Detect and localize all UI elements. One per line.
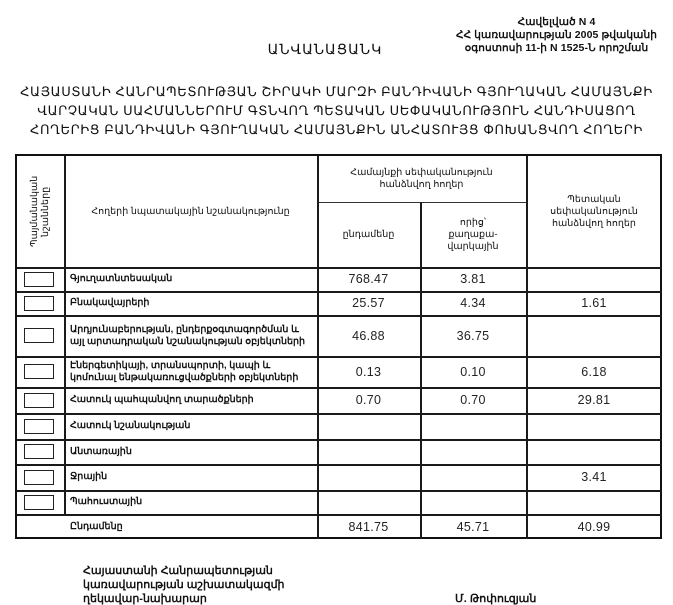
appendix-line-3: օգոստոսի 11-ի N 1525-Ն որոշման (440, 42, 673, 55)
header-code: Պայմանական նշանները (17, 156, 62, 267)
totals-state: 40.99 (526, 514, 662, 539)
row-including: 4.34 (420, 291, 526, 315)
row-total (317, 439, 420, 464)
row-purpose: Արդյունաբերության, ընդերքօգտագործման և ա… (66, 315, 315, 356)
row-state (526, 413, 662, 439)
legend-symbol-box (24, 296, 54, 311)
grid-line (17, 413, 662, 415)
legend-symbol-box (24, 328, 54, 343)
row-purpose: Գյուղատնտեսական (66, 267, 315, 291)
row-total: 0.70 (317, 387, 420, 413)
row-total (317, 464, 420, 490)
header-including: որից՝ քաղաքա-վարկային (420, 202, 526, 267)
row-total (317, 413, 420, 439)
row-including: 0.10 (420, 356, 526, 387)
row-including (420, 439, 526, 464)
grid-line (17, 387, 662, 389)
signatory-title-line-1: Հայաստանի Հանրապետության (83, 564, 285, 578)
legend-symbol-box (24, 272, 54, 287)
land-table: Պայմանական նշանները Հողերի նպատակային նշ… (15, 154, 662, 539)
row-purpose: Հատուկ նշանակության (66, 413, 315, 439)
signatory-title-line-3: ղեկավար-նախարար (83, 592, 285, 605)
legend-symbol-box (24, 444, 54, 459)
signatory-title-line-2: կառավարության աշխատակազմի (83, 578, 285, 592)
row-state (526, 315, 662, 356)
legend-symbol-box (24, 393, 54, 408)
row-state (526, 490, 662, 514)
document-heading: ՀԱՅԱՍՏԱՆԻ ՀԱՆՐԱՊԵՏՈՒԹՅԱՆ ՇԻՐԱԿԻ ՄԱՐԶԻ ԲԱ… (0, 82, 673, 139)
row-purpose: Բնակավայրերի (66, 291, 315, 315)
totals-total: 841.75 (317, 514, 420, 539)
row-state: 1.61 (526, 291, 662, 315)
totals-including: 45.71 (420, 514, 526, 539)
header-community-group: Համայնքի սեփականություն հանձնվող հողեր (317, 156, 526, 202)
row-including: 3.81 (420, 267, 526, 291)
row-total (317, 490, 420, 514)
row-purpose: Էներգետիկայի, տրանսպորտի, կապի և կոմունա… (66, 356, 315, 387)
appendix-line-1: Հավելված N 4 (440, 16, 673, 29)
row-total: 768.47 (317, 267, 420, 291)
signatory-name: Մ. Թոփուզյան (455, 592, 536, 605)
heading-line-2: ՎԱՐՉԱԿԱՆ ՍԱՀՄԱՆՆԵՐՈՒՄ ԳՏՆՎՈՂ ՊԵՏԱԿԱՆ ՍԵՓ… (0, 101, 673, 120)
row-purpose: Անտառային (66, 439, 315, 464)
row-state: 29.81 (526, 387, 662, 413)
row-purpose: Պահուստային (66, 490, 315, 514)
grid-line (17, 464, 662, 466)
heading-line-3: ՀՈՂԵՐԻՑ ԲԱՆԴԻՎԱՆԻ ԳՅՈՒՂԱԿԱՆ ՀԱՄԱՅՆՔԻՆ ԱՆ… (0, 120, 673, 139)
appendix-reference: Հավելված N 4 ՀՀ կառավարության 2005 թվակա… (440, 16, 673, 55)
grid-line (64, 156, 66, 514)
appendix-line-2: ՀՀ կառավարության 2005 թվականի (440, 29, 673, 42)
header-state: Պետական սեփականություն հանձնվող հողեր (526, 156, 662, 267)
header-code-label: Պայմանական նշանները (29, 156, 51, 267)
grid-line (17, 439, 662, 441)
row-state: 6.18 (526, 356, 662, 387)
legend-symbol-box (24, 364, 54, 379)
header-total: ընդամենը (317, 202, 420, 267)
heading-line-1: ՀԱՅԱՍՏԱՆԻ ՀԱՆՐԱՊԵՏՈՒԹՅԱՆ ՇԻՐԱԿԻ ՄԱՐԶԻ ԲԱ… (0, 82, 673, 101)
row-purpose: Հատուկ պահպանվող տարածքների (66, 387, 315, 413)
grid-line (420, 202, 422, 539)
row-including (420, 413, 526, 439)
row-state (526, 439, 662, 464)
grid-line (17, 267, 662, 269)
row-total: 46.88 (317, 315, 420, 356)
grid-line (17, 490, 662, 492)
row-including (420, 490, 526, 514)
row-state (526, 267, 662, 291)
legend-symbol-box (24, 419, 54, 434)
header-purpose: Հողերի նպատակային նշանակությունը (64, 156, 317, 267)
document-title: ԱՆՎԱՆԱՑԱՆԿ (250, 41, 400, 58)
grid-line (17, 291, 662, 293)
row-state: 3.41 (526, 464, 662, 490)
row-total: 0.13 (317, 356, 420, 387)
row-total: 25.57 (317, 291, 420, 315)
totals-label: Ընդամենը (66, 514, 315, 539)
grid-line (17, 315, 662, 317)
grid-line (17, 356, 662, 358)
row-including: 0.70 (420, 387, 526, 413)
grid-line (17, 514, 662, 516)
row-including: 36.75 (420, 315, 526, 356)
row-including (420, 464, 526, 490)
grid-line (317, 156, 319, 539)
grid-line (526, 156, 528, 539)
row-purpose: Ջրային (66, 464, 315, 490)
signatory-title: Հայաստանի Հանրապետության կառավարության ա… (83, 564, 285, 605)
legend-symbol-box (24, 495, 54, 510)
legend-symbol-box (24, 470, 54, 485)
